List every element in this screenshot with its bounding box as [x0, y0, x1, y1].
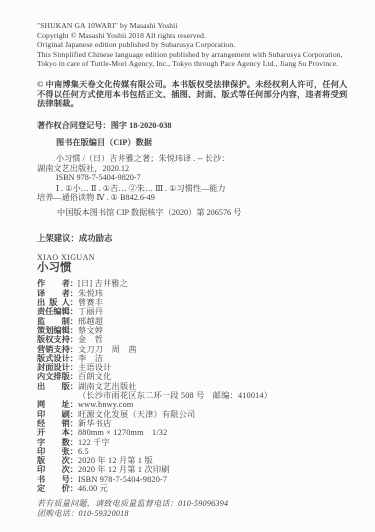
credit-label: 版权支持 — [37, 335, 70, 344]
credit-colon: ： — [70, 335, 78, 344]
credit-label: 版次 — [37, 456, 70, 465]
cip-class-line: 培养—通俗读物 Ⅳ . ① B842.6-49 — [37, 193, 357, 202]
credit-colon: ： — [70, 419, 78, 428]
credit-colon: ： — [70, 447, 78, 456]
credit-value: 湖南文艺出版社 — [78, 382, 137, 391]
credit-colon: ： — [70, 307, 78, 316]
cip-classification: Ⅰ . ①小… Ⅱ . ①吉… ②朱… Ⅲ . ①习惯性—能力 培养—通俗读物 … — [37, 184, 357, 203]
credit-value: 金 哲 — [78, 335, 103, 344]
credit-row-publishing-house: 出版：湖南文艺出版社 — [37, 382, 357, 391]
credit-colon: ： — [70, 372, 78, 381]
group-buy-line: 团购电话：010-59320018 — [37, 509, 357, 519]
credit-label: 书号 — [37, 475, 70, 484]
english-copyright-block: "SHUKAN GA 10WARI" by Masashi Yoshii Cop… — [37, 21, 357, 69]
credit-row-format: 开本：880mm × 1270mm 1/32 — [37, 428, 357, 437]
credit-row-rights-support: 版权支持：金 哲 — [37, 335, 357, 344]
credit-colon: ： — [70, 298, 78, 307]
credit-colon: ： — [70, 289, 78, 298]
credit-row-word-count: 字数：122 千字 — [37, 438, 357, 447]
credit-row-sheets: 印张：6.5 — [37, 447, 357, 456]
credit-row-publisher-person: 出版人：曾赛丰 — [37, 298, 357, 307]
copyright-registration-number: 著作权合同登记号：图字 18-2020-038 — [37, 121, 357, 131]
credit-label: 定价 — [37, 484, 70, 493]
quality-hotline-line: 若有质量问题，请致电质量监督电话：010-59096394 — [37, 499, 357, 509]
credit-label: 字数 — [37, 438, 70, 447]
copyright-page: "SHUKAN GA 10WARI" by Masashi Yoshii Cop… — [0, 0, 375, 532]
credit-value: ISBN 978-7-5404-9820-7 — [78, 475, 167, 484]
credit-row-layout-design: 版式设计：李 洁 — [37, 354, 357, 363]
credit-row-printing: 印次：2020 年 12 月第 1 次印刷 — [37, 465, 357, 474]
credit-colon: ： — [70, 354, 78, 363]
cip-desc-line: 湖南文艺出版社，2020.12 — [37, 164, 357, 173]
credit-colon: ： — [70, 363, 78, 372]
credit-row-printer: 印刷：旺源文化发展（天津）有限公司 — [37, 410, 357, 419]
credit-row-marketing-support: 营销支持：文刀刀 周 茜 — [37, 345, 357, 354]
english-copyright-line: Copyright © Masashi Yoshii 2018 All righ… — [37, 31, 357, 41]
credit-colon: ： — [70, 400, 78, 409]
credit-label: 印刷 — [37, 410, 70, 419]
credit-value: 丁丽丹 — [78, 307, 103, 316]
credit-row-distributor: 经销：新华书店 — [37, 419, 357, 428]
credit-colon: ： — [70, 456, 78, 465]
credit-colon: ： — [70, 428, 78, 437]
publication-credits: 作者：[日] 吉井雅之 译者：朱悦玮 出版人：曾赛丰 责任编辑：丁丽丹 监制：邢… — [37, 279, 357, 493]
english-title-line: "SHUKAN GA 10WARI" by Masashi Yoshii — [37, 21, 357, 31]
credit-colon: ： — [70, 438, 78, 447]
credit-label: 印次 — [37, 465, 70, 474]
credit-value: 主语设计 — [78, 363, 112, 372]
credit-label: 出版 — [37, 382, 70, 391]
credit-label: 策划编辑 — [37, 326, 70, 335]
credit-label: 监制 — [37, 317, 70, 326]
credit-label: 网址 — [37, 400, 70, 409]
credit-label: 经销 — [37, 419, 70, 428]
credit-row-typesetting: 内文排版：百朗文化 — [37, 372, 357, 381]
credit-value: 6.5 — [78, 447, 89, 456]
credit-row-edition: 版次：2020 年 12 月第 1 版 — [37, 456, 357, 465]
credit-value: 文刀刀 周 茜 — [78, 345, 137, 354]
credit-colon: ： — [70, 484, 78, 493]
credit-value: 122 千字 — [78, 438, 110, 447]
english-agency-line: Tokyo in care of Tuttle-Mori Agency, Inc… — [37, 59, 357, 69]
credit-row-translator: 译者：朱悦玮 — [37, 289, 357, 298]
credit-value: 李 洁 — [78, 354, 103, 363]
english-chinese-edition-line: This Simplified Chinese language edition… — [37, 50, 357, 60]
rights-notice: © 中南博集天卷文化传媒有限公司。本书版权受法律保护。未经权利人许可，任何人不得… — [37, 80, 355, 109]
credit-label: 版式设计 — [37, 354, 70, 363]
credit-row-isbn: 书号：ISBN 978-7-5404-9820-7 — [37, 475, 357, 484]
cip-isbn-line: ISBN 978-7-5404-9820-7 — [37, 173, 357, 182]
shelving-suggestion: 上架建议：成功励志 — [37, 234, 357, 243]
credit-colon: ： — [70, 279, 78, 288]
credit-value: 46.00 元 — [78, 484, 108, 493]
credit-colon: ： — [70, 326, 78, 335]
credit-row-author: 作者：[日] 吉井雅之 — [37, 279, 357, 288]
book-title-block: XIAO XIGUAN 小习惯 — [37, 253, 357, 275]
credit-row-responsible-editor: 责任编辑：丁丽丹 — [37, 307, 357, 316]
book-title-pinyin: XIAO XIGUAN — [37, 253, 357, 262]
credit-row-supervisor: 监制：邢越超 — [37, 317, 357, 326]
credit-label: 印张 — [37, 447, 70, 456]
credit-label: 开本 — [37, 428, 70, 437]
credit-row-website: 网址：www.hnwy.com — [37, 400, 357, 409]
credit-value: 朱悦玮 — [78, 289, 103, 298]
credit-value: 百朗文化 — [78, 372, 112, 381]
credit-colon: ： — [70, 345, 78, 354]
cip-description: 小习惯 /（日）吉井雅之著；朱悦玮译 . -- 长沙： 湖南文艺出版社，2020… — [37, 154, 357, 182]
book-title-chinese: 小习惯 — [37, 262, 357, 275]
credit-value: 旺源文化发展（天津）有限公司 — [78, 410, 195, 419]
credit-colon: ： — [70, 475, 78, 484]
credit-value: 邢越超 — [78, 317, 103, 326]
credit-colon: ： — [70, 382, 78, 391]
credit-label: 译者 — [37, 289, 70, 298]
cip-desc-line: 小习惯 /（日）吉井雅之著；朱悦玮译 . -- 长沙： — [37, 154, 357, 163]
credit-value: 880mm × 1270mm 1/32 — [78, 428, 167, 437]
english-original-edition-line: Original Japanese edition published by S… — [37, 40, 357, 50]
credit-label: 内文排版 — [37, 372, 70, 381]
credit-label: 营销支持 — [37, 345, 70, 354]
credit-value: 蔡文婷 — [78, 326, 103, 335]
credit-value: 2020 年 12 月第 1 次印刷 — [78, 465, 170, 474]
footer-note: 若有质量问题，请致电质量监督电话：010-59096394 团购电话：010-5… — [37, 499, 357, 519]
credit-value: 2020 年 12 月第 1 版 — [78, 456, 153, 465]
credit-value: www.hnwy.com — [78, 400, 133, 409]
credit-row-planning-editor: 策划编辑：蔡文婷 — [37, 326, 357, 335]
credit-colon: ： — [70, 410, 78, 419]
cip-header: 图书在版编目（CIP）数据 — [56, 138, 357, 148]
credit-colon: ： — [70, 317, 78, 326]
credit-label: 责任编辑 — [37, 307, 70, 316]
credit-label: 作者 — [37, 279, 70, 288]
credit-row-price: 定价：46.00 元 — [37, 484, 357, 493]
credit-value: 新华书店 — [78, 419, 112, 428]
publisher-address: （长沙市雨花区东二环一段 508 号 邮编：410014） — [78, 391, 357, 400]
credit-label: 出版人 — [37, 298, 70, 307]
credit-value: [日] 吉井雅之 — [78, 279, 128, 288]
credit-colon: ： — [70, 465, 78, 474]
credit-value: 曾赛丰 — [78, 298, 103, 307]
cip-record-number: 中国版本图书馆 CIP 数据核字（2020）第 206576 号 — [57, 208, 357, 217]
